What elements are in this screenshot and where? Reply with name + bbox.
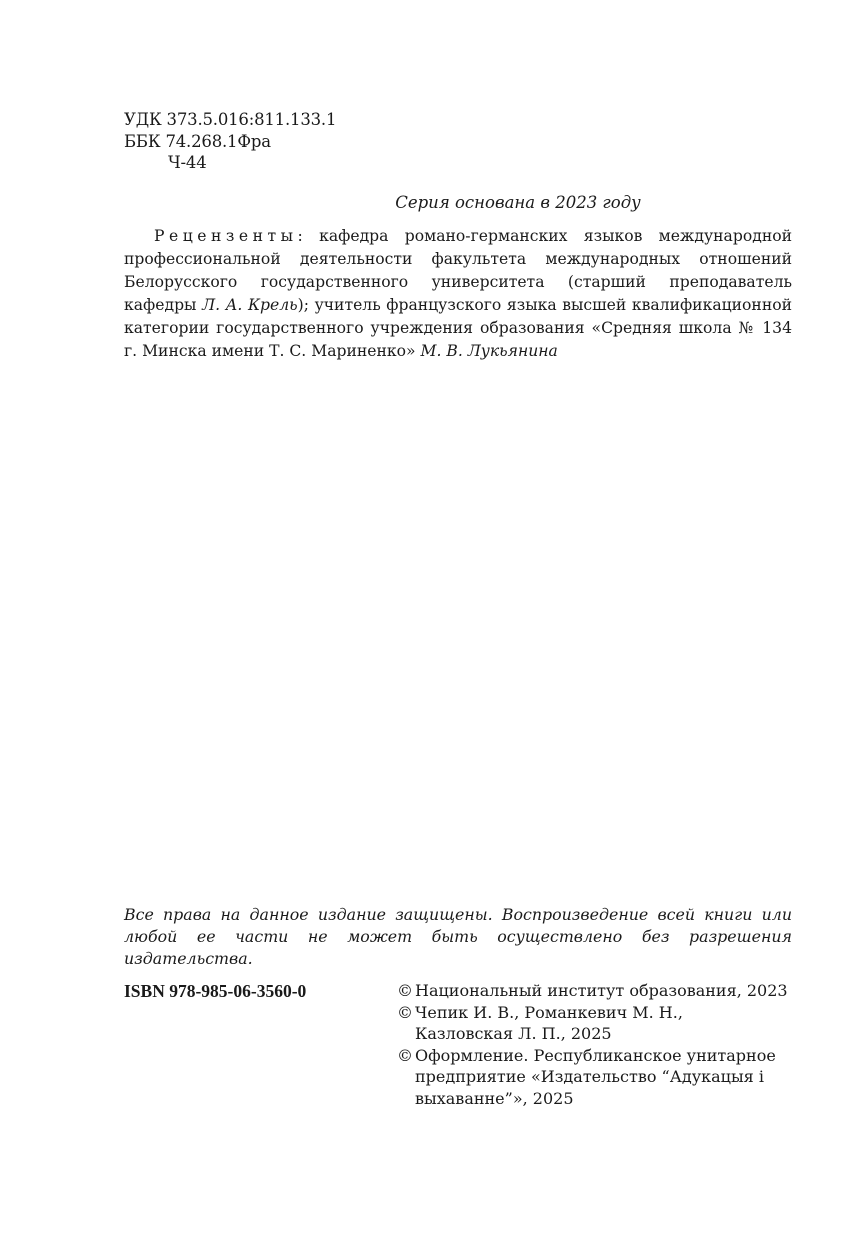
copyright-entry: © Чепик И. В., Романкевич М. Н., Казловс…	[397, 1002, 797, 1045]
copyright-icon: ©	[397, 980, 415, 1002]
reviewers-paragraph: Рецензенты: кафедра романо-германских яз…	[124, 225, 792, 363]
series-note: Серия основана в 2023 году	[124, 192, 792, 214]
reviewer-name-2: М. В. Лукьянина	[421, 342, 558, 360]
rights-notice: Все права на данное издание защищены. Во…	[124, 904, 792, 970]
copyright-line: Казловская Л. П., 2025	[415, 1023, 683, 1045]
author-mark: Ч-44	[124, 152, 336, 174]
copyright-icon: ©	[397, 1045, 415, 1110]
copyright-line: Национальный институт образования, 2023	[415, 980, 788, 1002]
copyright-entry: © Национальный институт образования, 202…	[397, 980, 797, 1002]
copyright-list: © Национальный институт образования, 202…	[397, 980, 797, 1110]
udk-code: УДК 373.5.016:811.133.1	[124, 109, 336, 131]
bbk-code: ББК 74.268.1Фра	[124, 131, 336, 153]
copyright-icon: ©	[397, 1002, 415, 1045]
reviewer-name-1: Л. А. Крель	[202, 296, 298, 314]
reviewers-label: Рецензенты	[154, 227, 298, 245]
copyright-line: Чепик И. В., Романкевич М. Н.,	[415, 1002, 683, 1024]
isbn: ISBN 978-985-06-3560-0	[124, 980, 306, 1002]
copyright-line: Оформление. Республиканское унитарное	[415, 1045, 776, 1067]
copyright-line: выхаванне”», 2025	[415, 1088, 776, 1110]
imprint-page: УДК 373.5.016:811.133.1 ББК 74.268.1Фра …	[124, 0, 792, 1240]
classification-codes: УДК 373.5.016:811.133.1 ББК 74.268.1Фра …	[124, 109, 336, 174]
copyright-line: предприятие «Издательство “Адукацыя і	[415, 1066, 776, 1088]
copyright-entry: © Оформление. Республиканское унитарное …	[397, 1045, 797, 1110]
